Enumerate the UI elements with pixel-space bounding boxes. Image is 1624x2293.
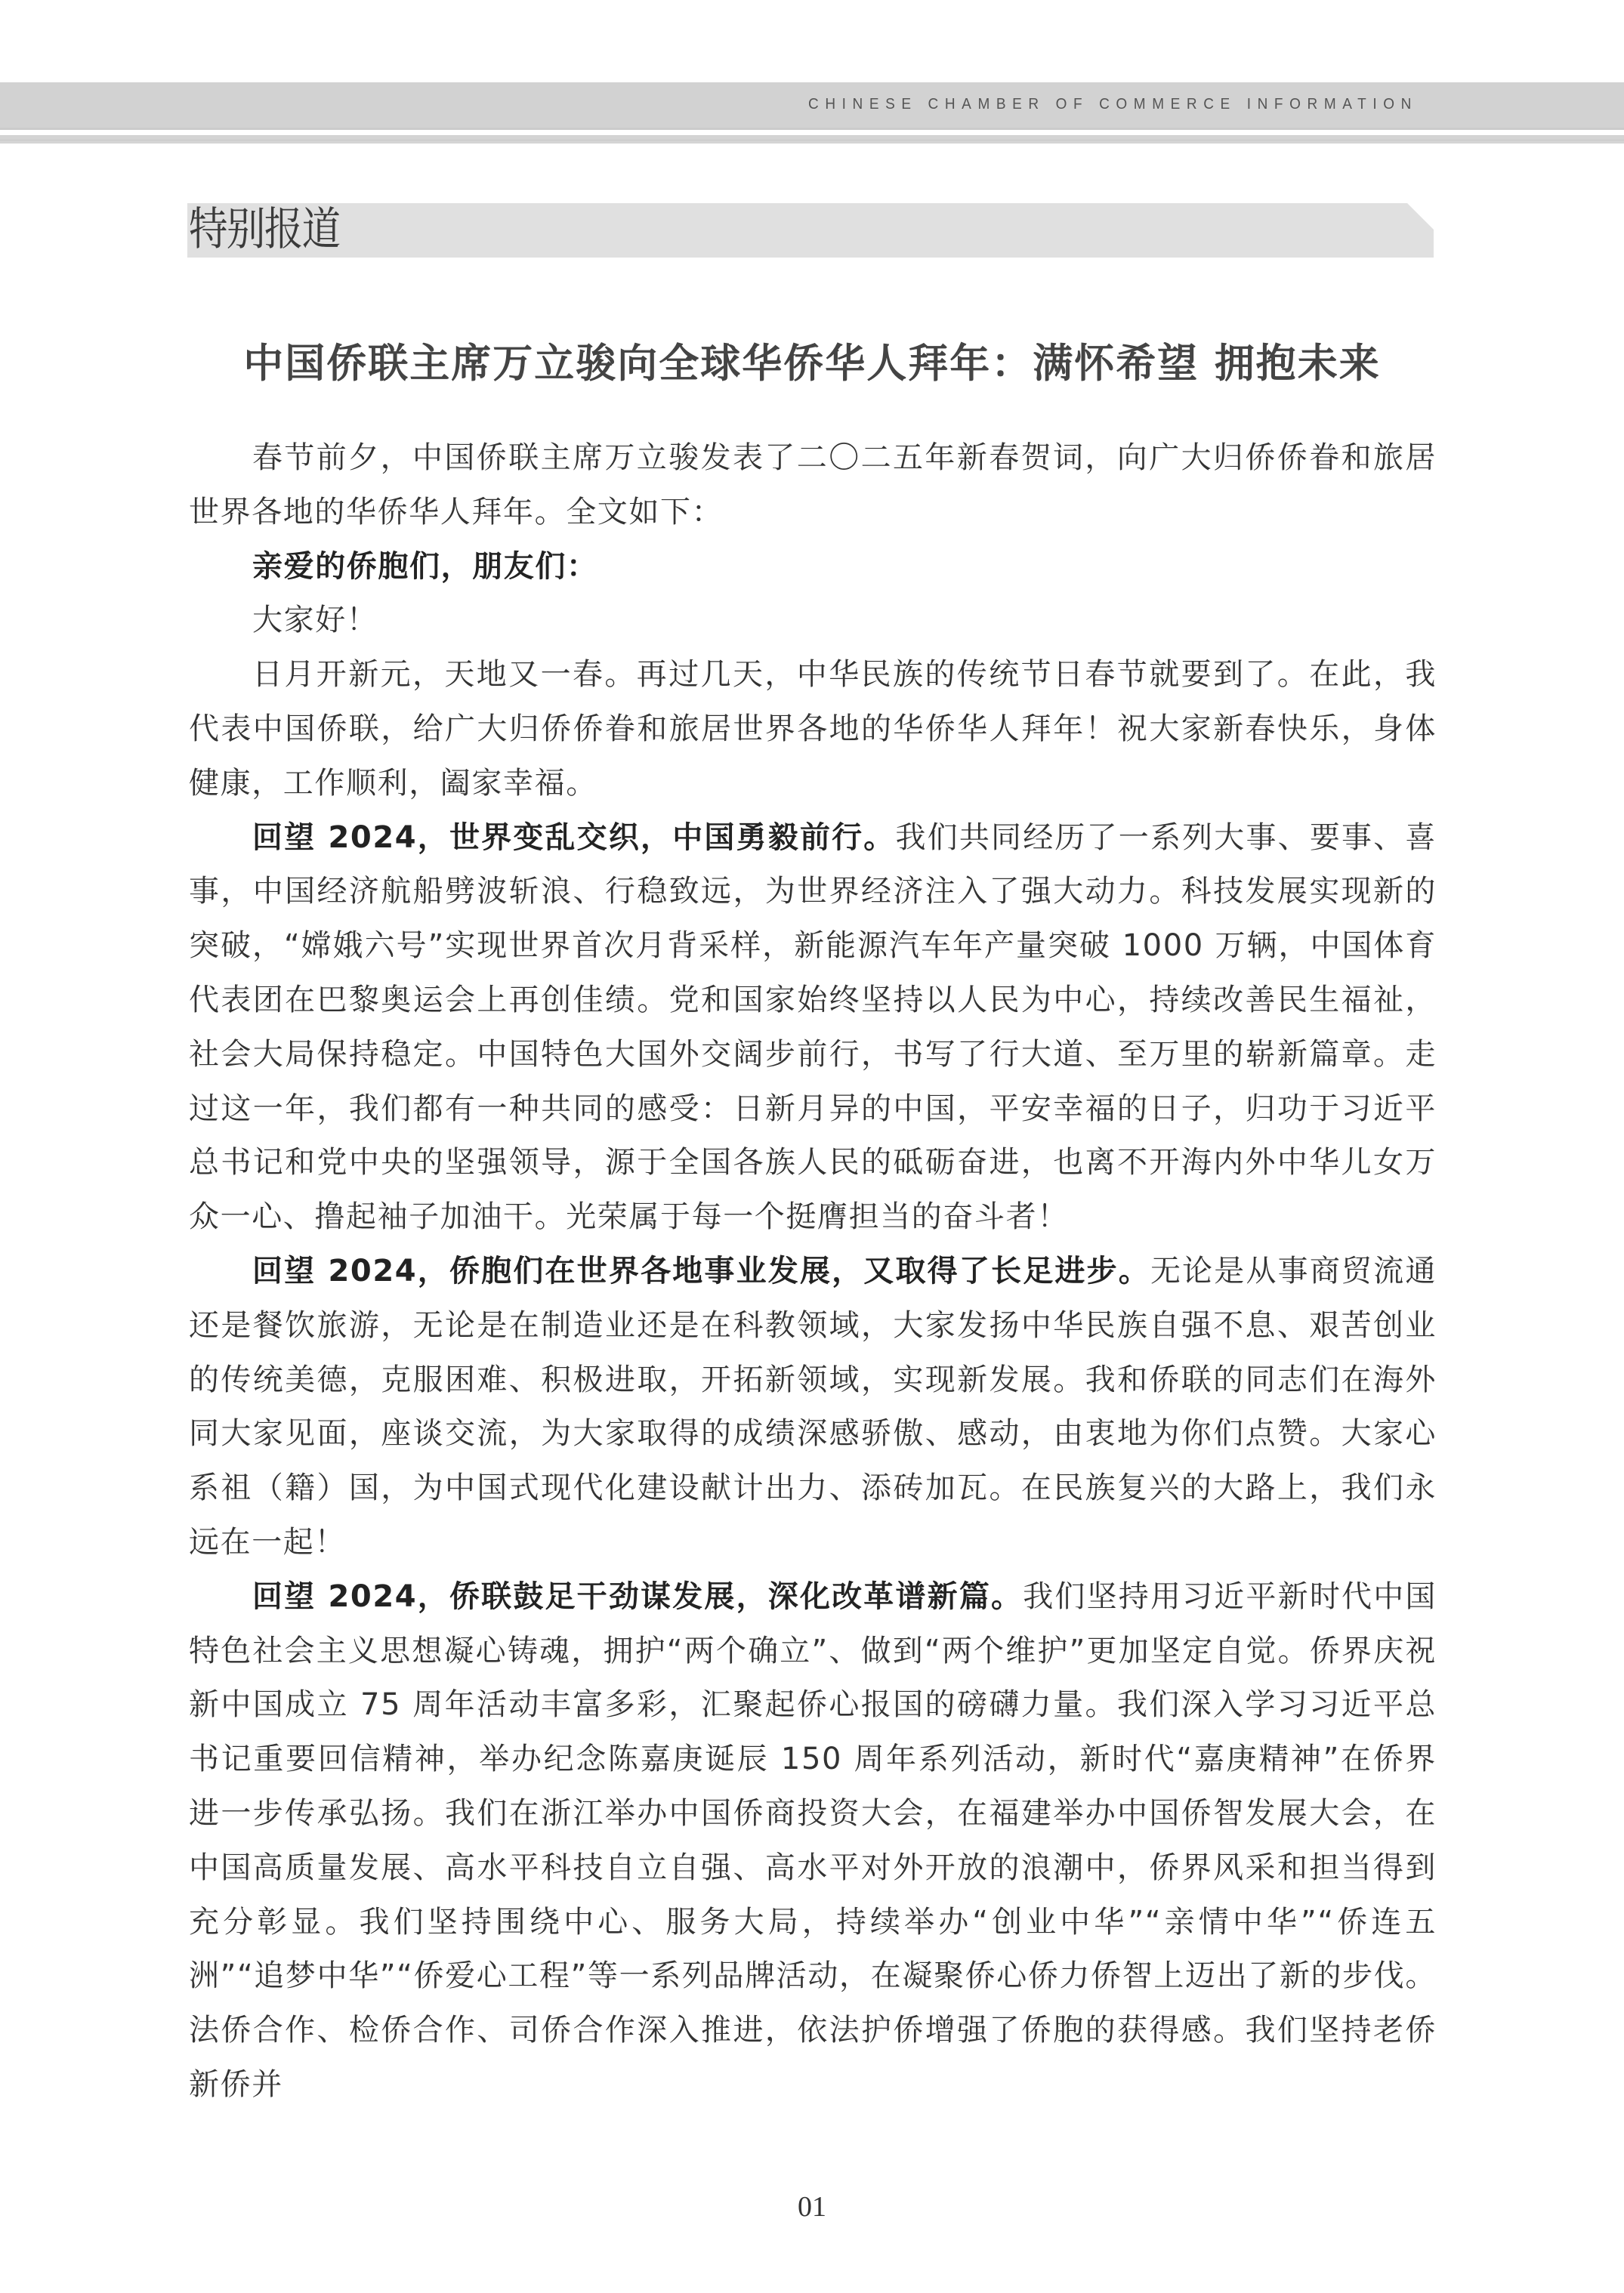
paragraph-review-overseas: 回望 2024，侨胞们在世界各地事业发展，又取得了长足进步。无论是从事商贸流通还… [189, 1245, 1437, 1570]
paragraph-text: 日月开新元，天地又一春。再过几天，中华民族的传统节日春节就要到了。在此，我代表中… [189, 657, 1437, 801]
masthead-label: CHINESE CHAMBER OF COMMERCE INFORMATION [808, 96, 1428, 113]
article-body: 春节前夕，中国侨联主席万立骏发表了二〇二五年新春贺词，向广大归侨侨眷和旅居世界各… [189, 431, 1437, 2112]
paragraph-text: 春节前夕，中国侨联主席万立骏发表了二〇二五年新春贺词，向广大归侨侨眷和旅居世界各… [189, 440, 1437, 529]
paragraph-lead: 回望 2024，侨胞们在世界各地事业发展，又取得了长足进步。 [252, 1254, 1150, 1288]
paragraph-greeting: 大家好！ [189, 594, 1437, 648]
paragraph-new-year: 日月开新元，天地又一春。再过几天，中华民族的传统节日春节就要到了。在此，我代表中… [189, 648, 1437, 810]
masthead-stripe [0, 135, 1624, 144]
paragraph-review-federation: 回望 2024，侨联鼓足干劲谋发展，深化改革谱新篇。我们坚持用习近平新时代中国特… [189, 1570, 1437, 2112]
section-title: 特别报道 [189, 202, 340, 257]
paragraph-lead: 回望 2024，世界变乱交织，中国勇毅前行。 [252, 820, 896, 855]
paragraph-text: 无论是从事商贸流通还是餐饮旅游，无论是在制造业还是在科教领域，大家发扬中华民族自… [189, 1254, 1437, 1560]
article-title: 中国侨联主席万立骏向全球华侨华人拜年：满怀希望 拥抱未来 [189, 334, 1435, 394]
paragraph-text: 我们共同经历了一系列大事、要事、喜事，中国经济航船劈波斩浪、行稳致远，为世界经济… [189, 820, 1437, 1235]
paragraph-lead: 回望 2024，侨联鼓足干劲谋发展，深化改革谱新篇。 [252, 1579, 1023, 1614]
paragraph-intro: 春节前夕，中国侨联主席万立骏发表了二〇二五年新春贺词，向广大归侨侨眷和旅居世界各… [189, 431, 1437, 540]
page-number: 01 [0, 2190, 1624, 2224]
paragraph-salutation: 亲爱的侨胞们，朋友们： [189, 540, 1437, 594]
paragraph-text: 我们坚持用习近平新时代中国特色社会主义思想凝心铸魂，拥护“两个确立”、做到“两个… [189, 1579, 1437, 2102]
salutation-text: 亲爱的侨胞们，朋友们： [252, 549, 598, 584]
masthead-band-edge [0, 128, 1624, 130]
section-banner [187, 203, 1434, 258]
paragraph-review-china: 回望 2024，世界变乱交织，中国勇毅前行。我们共同经历了一系列大事、要事、喜事… [189, 811, 1437, 1245]
paragraph-text: 大家好！ [252, 603, 378, 637]
